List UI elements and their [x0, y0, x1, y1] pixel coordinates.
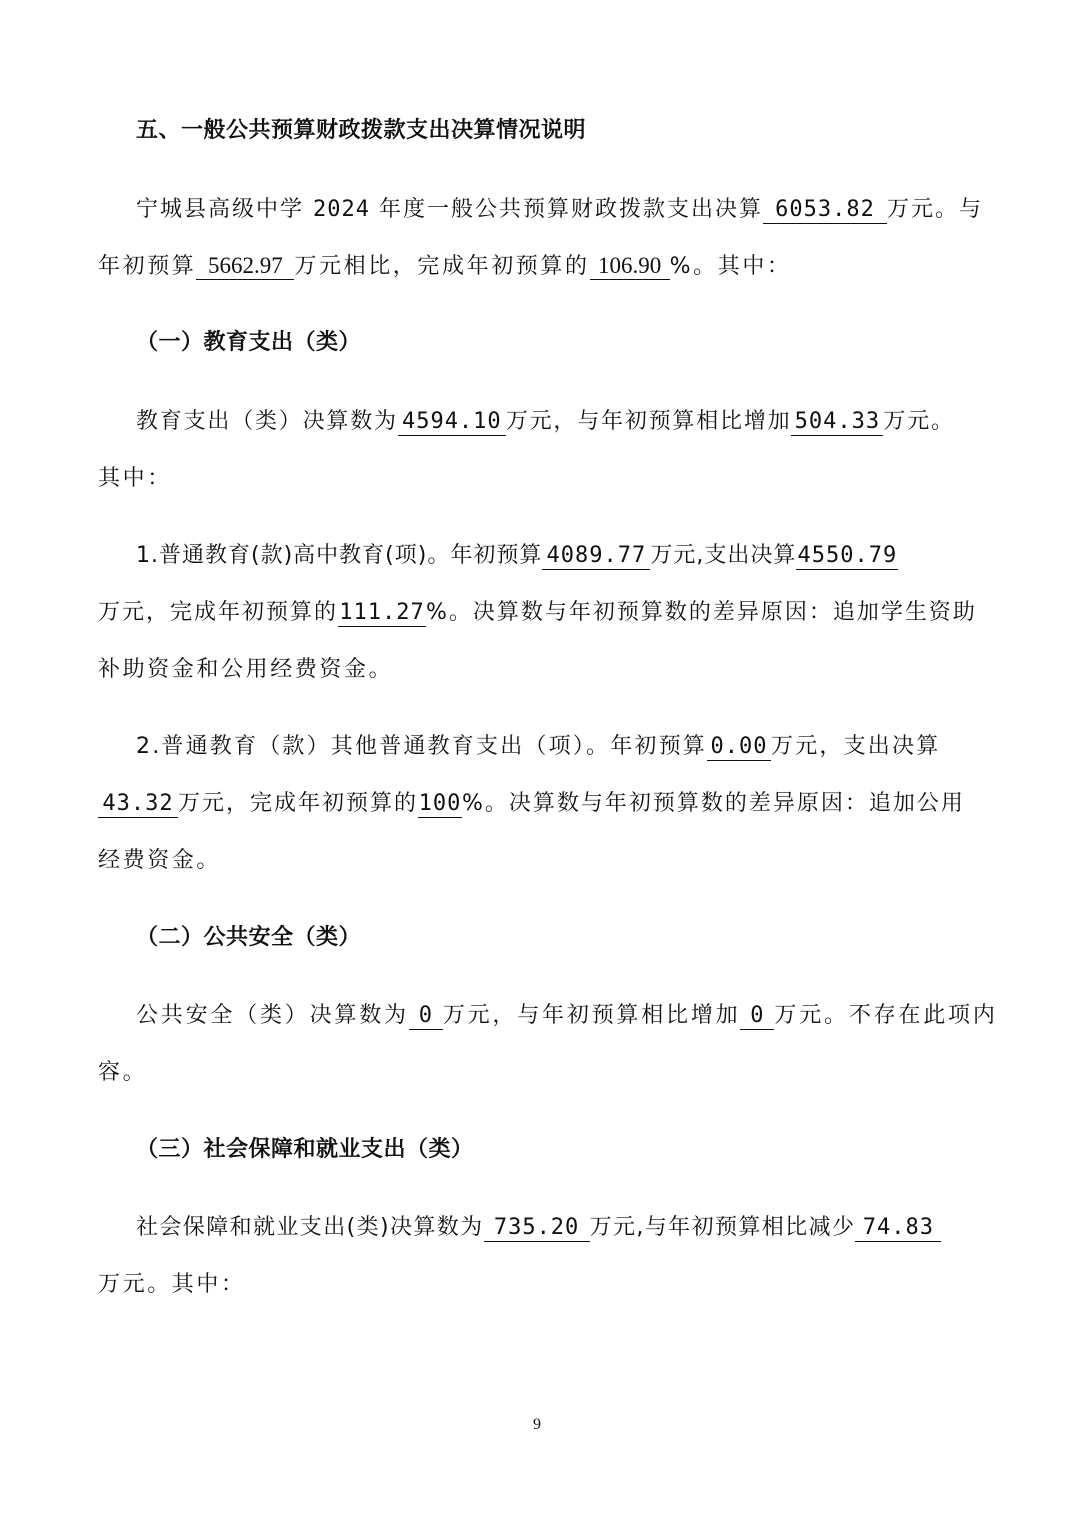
- item-text: 万元，完成年初预算的: [178, 791, 418, 816]
- total-final-value: 6053.82: [763, 197, 887, 224]
- public-safety-final-value: 0: [409, 1003, 443, 1030]
- intro-text: 年初预算: [98, 254, 196, 279]
- section-title: 五、一般公共预算财政拨款支出决算情况说明: [136, 116, 586, 146]
- section-social-security-title: （三）社会保障和就业支出（类）: [136, 1135, 474, 1165]
- social-security-summary-line-2: 万元。其中：: [98, 1270, 246, 1300]
- intro-line-2: 年初预算5662.97万元相比，完成年初预算的106.90%。其中：: [98, 252, 792, 282]
- education-final-value: 4594.10: [398, 409, 506, 436]
- summary-text: 万元,与年初预算相比减少: [590, 1215, 856, 1240]
- item-2-initial-value: 0.00: [707, 734, 771, 761]
- item-text: %。决算数与年初预算数的差异原因：追加公用: [462, 791, 965, 816]
- item-1-final-value: 4550.79: [796, 543, 898, 570]
- education-summary-line: 教育支出（类）决算数为4594.10万元，与年初预算相比增加504.33万元。: [136, 407, 955, 437]
- summary-text: 教育支出（类）决算数为: [136, 409, 398, 434]
- summary-text: 万元，与年初预算相比增加: [506, 409, 792, 434]
- item-text: 万元，支出决算: [771, 734, 940, 759]
- intro-text: %。其中：: [670, 254, 792, 279]
- item-1-initial-value: 4089.77: [542, 543, 650, 570]
- item-2-line-3: 经费资金。: [98, 846, 221, 876]
- education-change-value: 504.33: [791, 409, 883, 436]
- item-1-line-3: 补助资金和公用经费资金。: [98, 655, 393, 685]
- document-page: 五、一般公共预算财政拨款支出决算情况说明 宁城县高级中学 2024 年度一般公共…: [0, 0, 1074, 1520]
- intro-text: 万元。与: [887, 197, 983, 222]
- section-public-safety-title: （二）公共安全（类）: [136, 923, 361, 953]
- item-2-final-value: 43.32: [98, 791, 178, 818]
- item-1-rate-value: 111.27: [338, 600, 426, 627]
- item-text: %。决算数与年初预算数的差异原因：追加学生资助: [426, 600, 977, 625]
- item-2-line-2: 43.32万元，完成年初预算的100%。决算数与年初预算数的差异原因：追加公用: [98, 789, 965, 819]
- intro-text: 年度一般公共预算财政拨款支出决算: [379, 197, 763, 222]
- summary-text: 公共安全（类）决算数为: [136, 1003, 409, 1028]
- item-text: 1.普通教育(款)高中教育(项)。年初预算: [136, 543, 542, 568]
- page-number: 9: [0, 1416, 1074, 1434]
- item-2-line-1: 2.普通教育（款）其他普通教育支出（项）。年初预算0.00万元，支出决算: [136, 732, 940, 762]
- social-security-summary-line: 社会保障和就业支出(类)决算数为735.20万元,与年初预算相比减少74.83: [136, 1213, 941, 1243]
- summary-text: 社会保障和就业支出(类)决算数为: [136, 1215, 484, 1240]
- public-safety-change-value: 0: [740, 1003, 774, 1030]
- item-text: 万元,支出决算: [650, 543, 796, 568]
- section-education-title: （一）教育支出（类）: [136, 328, 361, 358]
- item-text: 万元，完成年初预算的: [98, 600, 338, 625]
- item-text: 2.普通教育（款）其他普通教育支出（项）。年初预算: [136, 734, 707, 759]
- intro-year: 2024: [313, 197, 370, 222]
- intro-line-1: 宁城县高级中学 2024 年度一般公共预算财政拨款支出决算6053.82万元。与: [136, 195, 983, 225]
- social-security-change-value: 74.83: [855, 1215, 941, 1242]
- intro-text: 万元相比，完成年初预算的: [294, 254, 589, 279]
- social-security-final-value: 735.20: [484, 1215, 590, 1242]
- summary-text: 万元。不存在此项内: [774, 1003, 997, 1028]
- intro-text: 宁城县高级中学: [136, 197, 304, 222]
- education-summary-line-2: 其中：: [98, 464, 172, 494]
- item-1-line-2: 万元，完成年初预算的111.27%。决算数与年初预算数的差异原因：追加学生资助: [98, 598, 977, 628]
- item-2-rate-value: 100: [418, 791, 462, 818]
- initial-budget-value: 5662.97: [196, 253, 294, 280]
- summary-text: 万元。: [883, 409, 954, 434]
- public-safety-summary-line-2: 容。: [98, 1058, 147, 1088]
- summary-text: 万元，与年初预算相比增加: [443, 1003, 741, 1028]
- item-1-line-1: 1.普通教育(款)高中教育(项)。年初预算4089.77万元,支出决算4550.…: [136, 541, 898, 571]
- public-safety-summary-line: 公共安全（类）决算数为0万元，与年初预算相比增加0万元。不存在此项内: [136, 1001, 998, 1031]
- completion-rate-value: 106.90: [590, 253, 670, 280]
